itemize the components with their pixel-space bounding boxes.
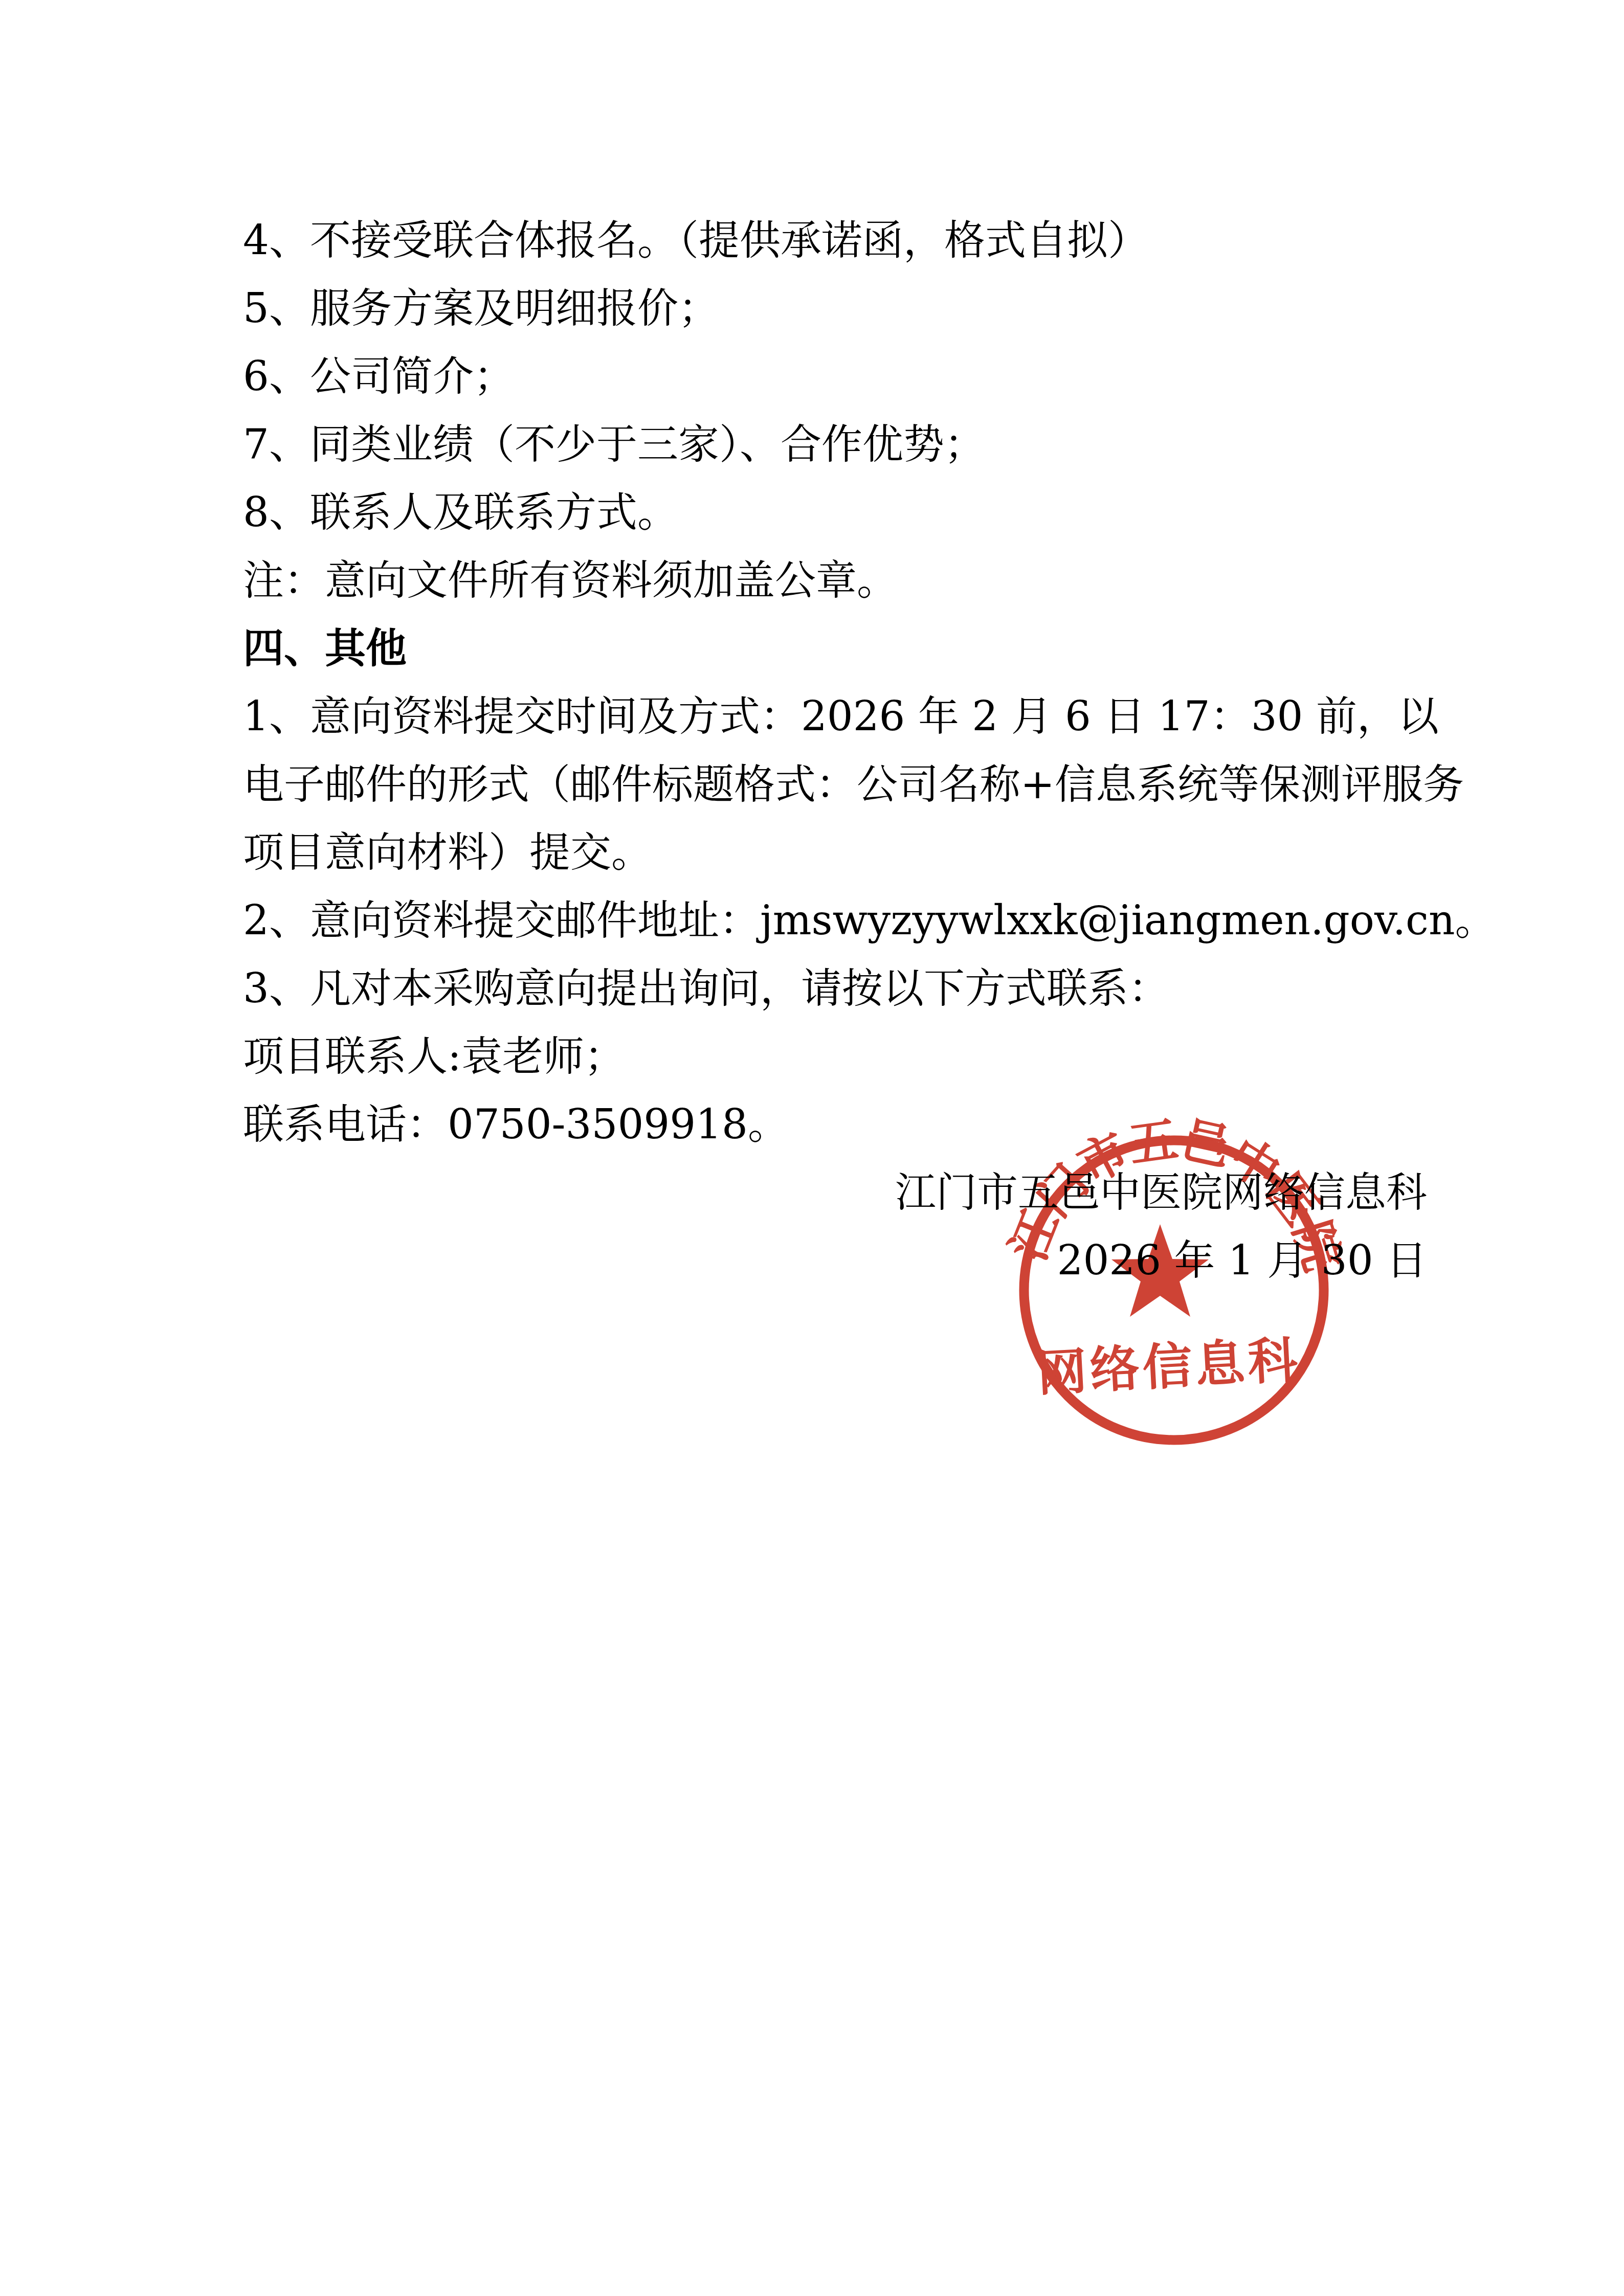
list-item-7: 7、同类业绩（不少于三家）、合作优势；: [243, 410, 1427, 478]
signature-org: 江门市五邑中医院网络信息科: [243, 1158, 1427, 1226]
seal-bottom-text: 网络信息科: [1036, 1331, 1302, 1403]
note-line: 注：意向文件所有资料须加盖公章。: [243, 546, 1427, 614]
document-body: 4、不接受联合体报名。（提供承诺函，格式自拟） 5、服务方案及明细报价； 6、公…: [243, 206, 1427, 1294]
list-item-4: 4、不接受联合体报名。（提供承诺函，格式自拟）: [243, 206, 1427, 274]
other-item-3-contact: 3、凡对本采购意向提出询问，请按以下方式联系：: [243, 954, 1427, 1022]
other-item-1-line-2: 电子邮件的形式（邮件标题格式：公司名称+信息系统等保测评服务: [243, 750, 1427, 818]
other-item-1-line-1: 1、意向资料提交时间及方式：2026 年 2 月 6 日 17：30 前，以: [243, 682, 1427, 750]
other-item-2-email: 2、意向资料提交邮件地址：jmswyzyywlxxk@jiangmen.gov.…: [243, 886, 1427, 954]
list-item-5: 5、服务方案及明细报价；: [243, 274, 1427, 342]
list-item-6: 6、公司简介；: [243, 342, 1427, 410]
list-item-8: 8、联系人及联系方式。: [243, 478, 1427, 546]
section-heading-other: 四、其他: [243, 614, 1427, 682]
document-page: 4、不接受联合体报名。（提供承诺函，格式自拟） 5、服务方案及明细报价； 6、公…: [0, 0, 1624, 2296]
contact-phone-line: 联系电话：0750-3509918。: [243, 1090, 1427, 1158]
other-item-1-line-3: 项目意向材料）提交。: [243, 818, 1427, 886]
signature-date: 2026 年 1 月 30 日: [243, 1226, 1427, 1294]
contact-person-line: 项目联系人:袁老师；: [243, 1022, 1427, 1090]
